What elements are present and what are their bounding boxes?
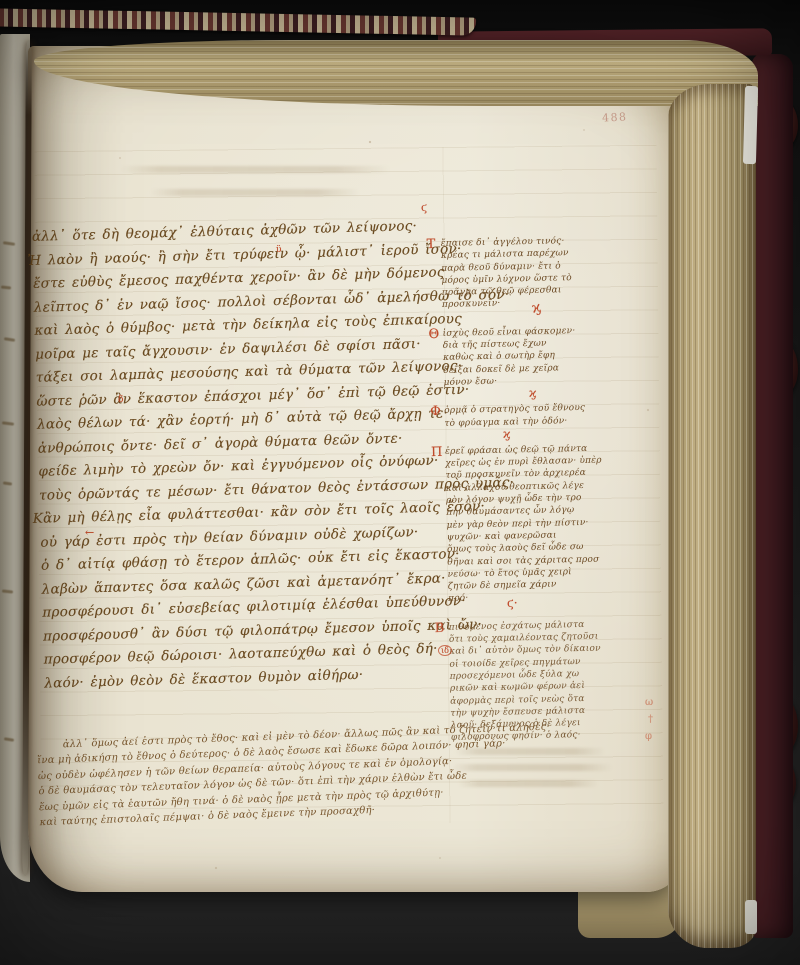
scholion-lines: ἐρεῖ φράσαι ὡς θεῷ τῷ πάνταχεῖρες ὡς ἐν … <box>445 442 620 605</box>
rubric-mark: ιδ <box>438 645 452 656</box>
rubric-mark: † <box>648 714 653 725</box>
ghost-text <box>150 189 360 196</box>
page-edge-right <box>668 84 756 948</box>
scholion-lines: ὁρμᾷ ὁ στρατηγὸς τοῦ ἔθνουςτὸ φρύαγμα κα… <box>444 401 616 429</box>
scholion-initial: Β <box>435 621 445 636</box>
scholion-lines: ἰσχὺς θεοῦ εἶναι φάσκομεν·διὰ τῆς πίστεω… <box>442 324 615 389</box>
scholion-initial: Π <box>431 445 443 460</box>
scholion-initial: Θ <box>428 327 439 342</box>
endband <box>0 8 476 35</box>
main-text-block: ἀλλ᾽ ὅτε δὴ θεομάχ᾽ ἐλθύταις ἀχθῶν τῶν λ… <box>32 214 457 695</box>
rubric-mark: δ <box>118 395 123 405</box>
rubric-mark: ϗ <box>529 386 536 400</box>
rubric-mark: ϛ· <box>507 596 518 610</box>
scholion-initial: Φ <box>430 404 441 419</box>
scholion-initial: Τ <box>427 237 436 252</box>
endpaper-sliver <box>743 86 758 164</box>
scholion-section: Θ ἰσχὺς θεοῦ εἶναι φάσκομεν·διὰ τῆς πίστ… <box>442 324 615 389</box>
endpaper-sliver <box>745 900 757 934</box>
scholion-section: Τ ἔπαισε δι᾽ ἀγγέλου τινός·κρέας τι μάλι… <box>441 234 615 311</box>
scholion-section: Φ ὁρμᾷ ὁ στρατηγὸς τοῦ ἔθνουςτὸ φρύαγμα … <box>444 401 616 429</box>
under-leaves <box>578 884 682 938</box>
folio-number: 488 <box>602 110 628 124</box>
rubric-mark: ← <box>85 526 94 539</box>
ghost-text <box>120 166 390 173</box>
rubric-mark: ω <box>645 697 653 708</box>
margin-scholia-column: Τ ἔπαισε δι᾽ ἀγγέλου τινός·κρέας τι μάλι… <box>441 234 624 760</box>
rubric-mark: ϗ <box>503 427 510 441</box>
scholion-line: προσκυνεῖν· <box>442 296 614 312</box>
scholion-section: Π ἐρεῖ φράσαι ὡς θεῷ τῷ πάνταχεῖρες ὡς ἐ… <box>445 442 620 605</box>
manuscript-photo: 488 ἀλλ᾽ ὅτε δὴ θεομάχ᾽ ἐλθύταις ἀχθῶν τ… <box>0 0 800 965</box>
scholion-lines: ἔπαισε δι᾽ ἀγγέλου τινός·κρέας τι μάλιστ… <box>441 234 615 311</box>
rubric-mark: ϛ <box>421 201 427 214</box>
rubric-mark: φ <box>645 731 652 742</box>
rubric-mark: ϋ <box>276 245 281 255</box>
book-cover-right <box>752 54 793 938</box>
